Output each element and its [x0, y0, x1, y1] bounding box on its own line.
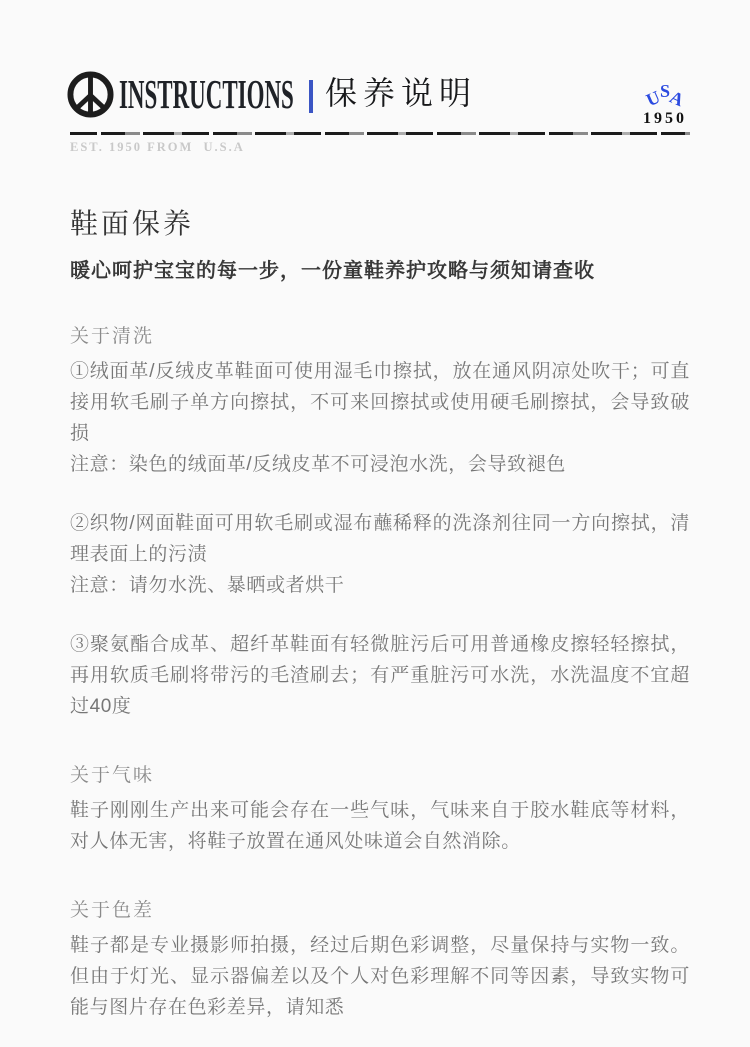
- care-paragraph: 鞋子都是专业摄影师拍摄，经过后期色彩调整，尽量保持与实物一致。但由于灯光、显示器…: [70, 930, 690, 1023]
- section-color-difference: 关于色差 鞋子都是专业摄影师拍摄，经过后期色彩调整，尽量保持与实物一致。但由于灯…: [70, 895, 690, 1023]
- brand-title-en: INSTRUCTIONS: [119, 74, 294, 115]
- usa-1950-badge: USA 1950: [627, 82, 703, 128]
- care-content: 鞋面保养 暖心呵护宝宝的每一步，一份童鞋养护攻略与须知请查收 关于清洗 ①绒面革…: [0, 202, 750, 1023]
- care-paragraph: 鞋子刚刚生产出来可能会存在一些气味，气味来自于胶水鞋底等材料，对人体无害，将鞋子…: [70, 795, 690, 857]
- brand-title-cn: 保养说明: [325, 76, 477, 111]
- section-odor: 关于气味 鞋子刚刚生产出来可能会存在一些气味，气味来自于胶水鞋底等材料，对人体无…: [70, 760, 690, 857]
- care-paragraph: ③聚氨酯合成革、超纤革鞋面有轻微脏污后可用普通橡皮擦轻轻擦拭，再用软质毛刷将带污…: [70, 629, 690, 722]
- section-cleaning-3: ③聚氨酯合成革、超纤革鞋面有轻微脏污后可用普通橡皮擦轻轻擦拭，再用软质毛刷将带污…: [70, 629, 690, 722]
- section-cleaning-2: ②织物/网面鞋面可用软毛刷或湿布蘸稀释的洗涤剂往同一方向擦拭，清理表面上的污渍 …: [70, 508, 690, 601]
- page-subtitle: 暖心呵护宝宝的每一步，一份童鞋养护攻略与须知请查收: [70, 254, 690, 283]
- brand-divider-bar: [309, 80, 313, 113]
- badge-year: 1950: [627, 110, 703, 128]
- care-paragraph: ②织物/网面鞋面可用软毛刷或湿布蘸稀释的洗涤剂往同一方向擦拭，清理表面上的污渍: [70, 508, 690, 570]
- usa-arc-text: USA: [627, 82, 703, 108]
- care-note: 注意：染色的绒面革/反绒皮革不可浸泡水洗，会导致褪色: [70, 449, 690, 480]
- established-caption: EST. 1950 FROM U.S.A: [70, 140, 245, 155]
- peace-sign-logo-icon: [67, 71, 114, 118]
- care-note: 注意：请勿水洗、暴晒或者烘干: [70, 570, 690, 601]
- care-paragraph: ①绒面革/反绒皮革鞋面可使用湿毛巾擦拭，放在通风阴凉处吹干；可直接用软毛刷子单方…: [70, 356, 690, 449]
- page-title: 鞋面保养: [70, 202, 690, 242]
- section-heading: 关于清洗: [70, 321, 690, 348]
- page-header: INSTRUCTIONS 保养说明 USA 1950 EST. 1950 FRO…: [0, 0, 750, 158]
- section-heading: 关于色差: [70, 895, 690, 922]
- care-instructions-page: INSTRUCTIONS 保养说明 USA 1950 EST. 1950 FRO…: [0, 0, 750, 1047]
- section-cleaning: 关于清洗 ①绒面革/反绒皮革鞋面可使用湿毛巾擦拭，放在通风阴凉处吹干；可直接用软…: [70, 321, 690, 480]
- header-divider-line: [70, 132, 690, 135]
- section-heading: 关于气味: [70, 760, 690, 787]
